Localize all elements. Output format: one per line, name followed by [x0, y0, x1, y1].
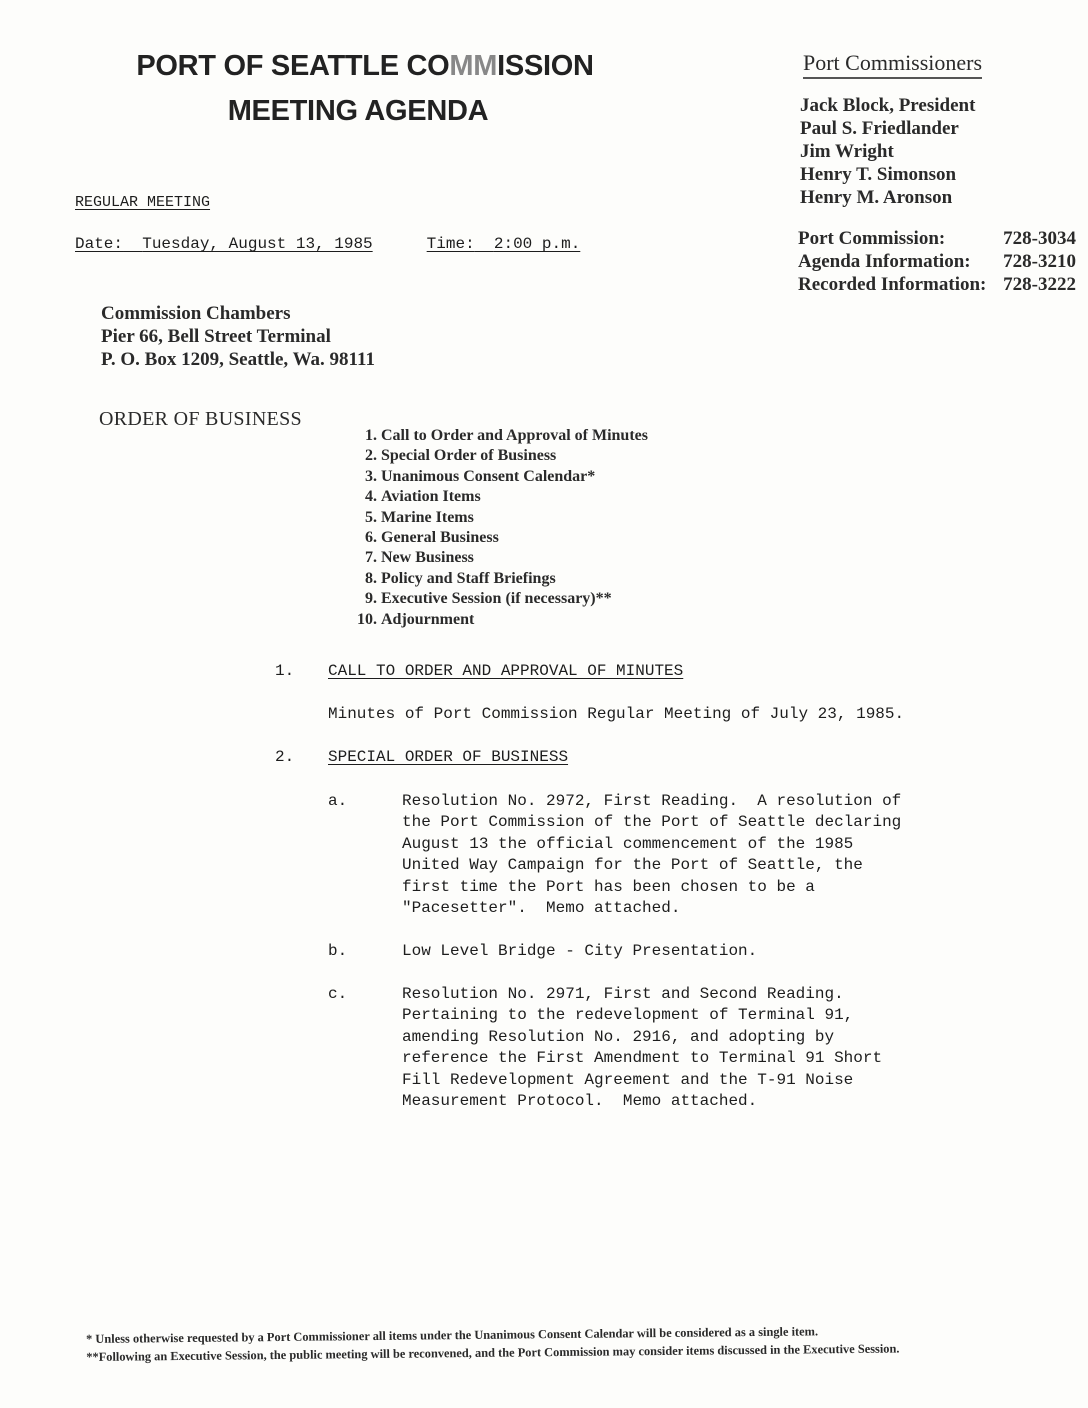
- document-title: PORT OF SEATTLE COMMISSION: [55, 50, 675, 83]
- meeting-datetime: Date: Tuesday, August 13, 1985 Time: 2:0…: [75, 235, 580, 253]
- phone-row: Port Commission:728-3034: [798, 227, 1076, 250]
- subitem-text: Resolution No. 2971, First and Second Re…: [402, 984, 882, 1112]
- order-of-business-list: 1.Call to Order and Approval of Minutes …: [340, 426, 648, 630]
- meeting-date: Date: Tuesday, August 13, 1985: [75, 235, 373, 253]
- commissioner: Paul S. Friedlander: [800, 117, 975, 140]
- title-line-1: PORT OF SEATTLE COMMISSION: [136, 50, 593, 82]
- meeting-location: Commission Chambers Pier 66, Bell Street…: [101, 302, 375, 371]
- commissioner: Henry M. Aronson: [800, 186, 975, 209]
- section-number: 1.: [275, 662, 294, 680]
- list-item: 3.Unanimous Consent Calendar*: [340, 467, 648, 487]
- list-item: 9.Executive Session (if necessary)**: [340, 589, 648, 609]
- subitem-text: Resolution No. 2972, First Reading. A re…: [402, 791, 901, 919]
- location-line: Commission Chambers: [101, 302, 375, 325]
- commissioners-list: Jack Block, President Paul S. Friedlande…: [800, 94, 975, 209]
- order-of-business-heading: ORDER OF BUSINESS: [99, 408, 302, 431]
- list-item: 10.Adjournment: [340, 610, 648, 630]
- section-1: 1. CALL TO ORDER AND APPROVAL OF MINUTES…: [275, 662, 995, 742]
- commissioner: Henry T. Simonson: [800, 163, 975, 186]
- title-line-2: MEETING AGENDA: [48, 95, 668, 128]
- footnotes: * Unless otherwise requested by a Port C…: [86, 1321, 900, 1366]
- list-item: 1.Call to Order and Approval of Minutes: [340, 426, 648, 446]
- list-item: 7.New Business: [340, 548, 648, 568]
- phone-row: Agenda Information:728-3210: [798, 250, 1076, 273]
- phone-label: Port Commission:: [798, 227, 945, 250]
- section-number: 2.: [275, 748, 294, 766]
- location-line: Pier 66, Bell Street Terminal: [101, 325, 375, 348]
- phone-number: 728-3222: [1003, 273, 1076, 296]
- subitem-text: Low Level Bridge - City Presentation.: [402, 941, 757, 962]
- location-line: P. O. Box 1209, Seattle, Wa. 98111: [101, 348, 375, 371]
- section-title: CALL TO ORDER AND APPROVAL OF MINUTES: [328, 662, 683, 680]
- list-item: 4.Aviation Items: [340, 487, 648, 507]
- commissioner: Jim Wright: [800, 140, 975, 163]
- phone-number: 728-3034: [1003, 227, 1076, 250]
- subitem-letter: c.: [328, 984, 347, 1005]
- meeting-time: Time: 2:00 p.m.: [427, 235, 581, 253]
- meeting-type: REGULAR MEETING: [75, 194, 210, 211]
- section-title: SPECIAL ORDER OF BUSINESS: [328, 748, 568, 766]
- subitem-letter: b.: [328, 941, 347, 962]
- phone-directory: Port Commission:728-3034 Agenda Informat…: [798, 227, 1076, 296]
- list-item: 2.Special Order of Business: [340, 446, 648, 466]
- phone-row: Recorded Information:728-3222: [798, 273, 1076, 296]
- list-item: 5.Marine Items: [340, 508, 648, 528]
- section-2: 2. SPECIAL ORDER OF BUSINESS a. Resoluti…: [275, 748, 995, 1128]
- section-text: Minutes of Port Commission Regular Meeti…: [328, 705, 904, 723]
- subitem-letter: a.: [328, 791, 347, 812]
- list-item: 6.General Business: [340, 528, 648, 548]
- phone-label: Recorded Information:: [798, 273, 986, 296]
- phone-label: Agenda Information:: [798, 250, 971, 273]
- commissioners-heading: Port Commissioners: [803, 50, 982, 79]
- list-item: 8.Policy and Staff Briefings: [340, 569, 648, 589]
- phone-number: 728-3210: [1003, 250, 1076, 273]
- commissioner: Jack Block, President: [800, 94, 975, 117]
